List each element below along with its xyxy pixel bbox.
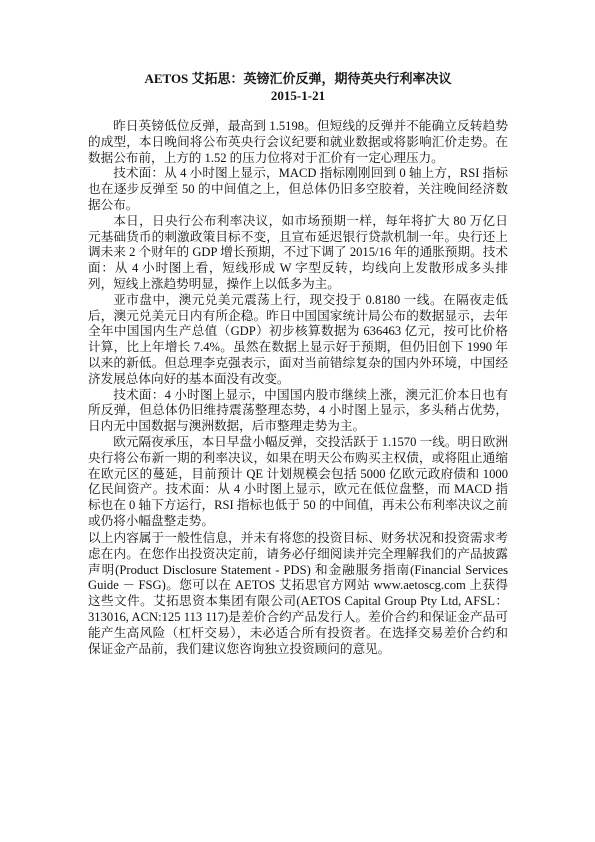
- paragraph-gbp: 昨日英镑低位反弹，最高到 1.5198。但短线的反弹并不能确立反转趋势的成型，本…: [88, 119, 508, 166]
- paragraph-jpy: 本日，日央行公布利率决议，如市场预期一样，每年将扩大 80 万亿日元基础货币的刺…: [88, 214, 508, 293]
- paragraph-gbp-technical: 技术面：从 4 小时图上显示，MACD 指标刚刚回到 0 轴上方，RSI 指标也…: [88, 166, 508, 213]
- disclaimer-text: 以上内容属于一般性信息，并未有将您的投资目标、财务状况和投资需求考虑在内。在您作…: [88, 531, 508, 657]
- article-date: 2015-1-21: [88, 87, 508, 104]
- article-title: AETOS 艾拓思：英镑汇价反弹，期待英央行利率决议: [88, 70, 508, 87]
- paragraph-aud: 亚市盘中，澳元兑美元震荡上行，现交投于 0.8180 一线。在隔夜走低后，澳元兑…: [88, 293, 508, 388]
- article: AETOS 艾拓思：英镑汇价反弹，期待英央行利率决议 2015-1-21 昨日英…: [88, 70, 508, 530]
- article-body: 昨日英镑低位反弹，最高到 1.5198。但短线的反弹并不能确立反转趋势的成型，本…: [88, 119, 508, 530]
- disclaimer: 以上内容属于一般性信息，并未有将您的投资目标、财务状况和投资需求考虑在内。在您作…: [88, 531, 508, 657]
- paragraph-eur: 欧元隔夜承压，本日早盘小幅反弹，交投活跃于 1.1570 一线。明日欧洲央行将公…: [88, 435, 508, 530]
- paragraph-aud-technical: 技术面：4 小时图上显示，中国国内股市继续上涨，澳元汇价本日也有所反弹，但总体仍…: [88, 388, 508, 435]
